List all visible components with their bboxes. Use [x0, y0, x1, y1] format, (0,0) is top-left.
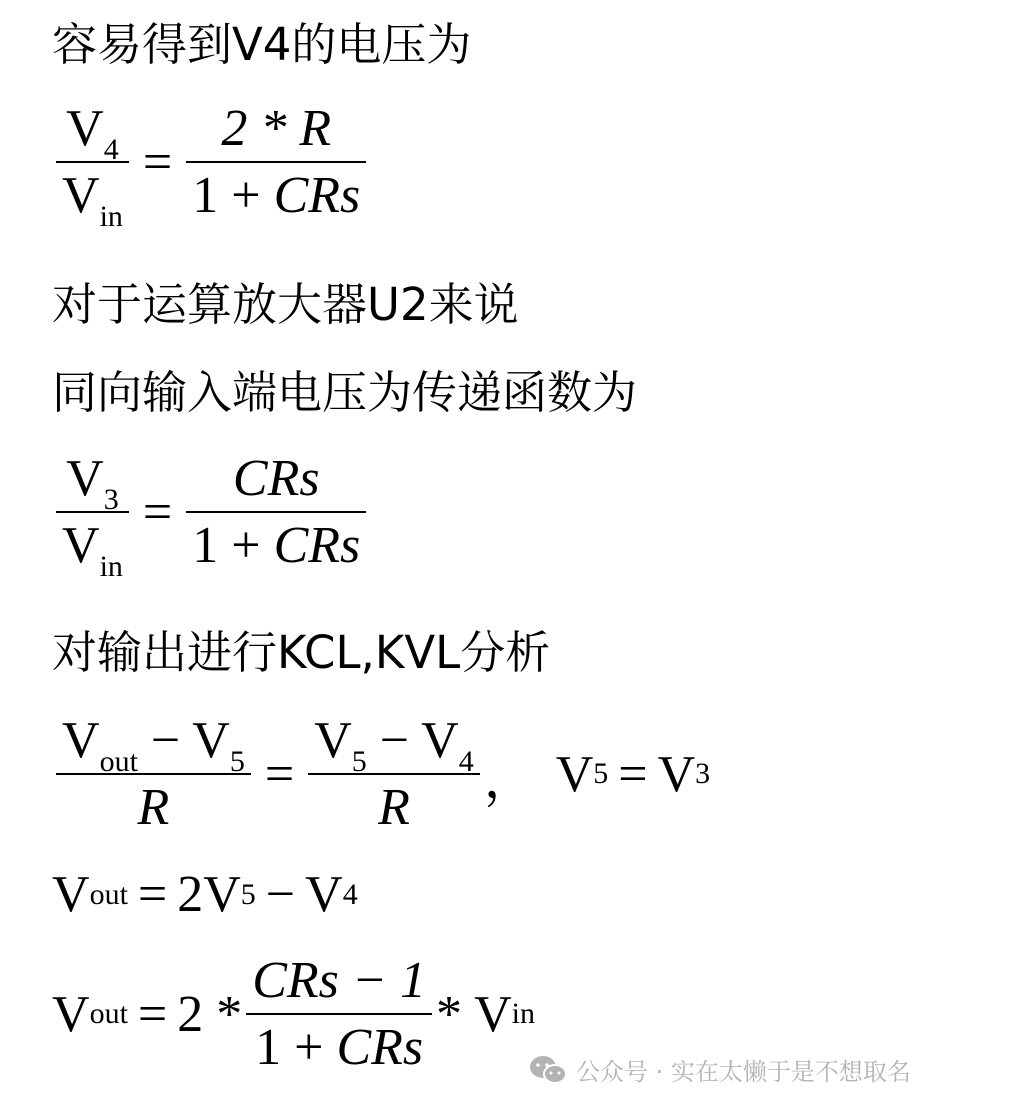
- equation-v3: V3 Vin = CRs 1 + CRs: [52, 450, 370, 574]
- equation-kcl: Vout − V5 R = V5 − V4 R ， V5 = V3: [52, 712, 710, 836]
- equation-vout-1: Vout = 2V5 − V4: [52, 865, 358, 924]
- text-line-4: 对输出进行KCL,KVL分析: [52, 630, 550, 675]
- text-line-2: 对于运算放大器U2来说: [52, 282, 519, 327]
- text-line-1: 容易得到V4的电压为: [52, 22, 471, 67]
- fraction-transfer: 2 * R 1 + CRs: [186, 100, 366, 224]
- wechat-icon: [528, 1055, 568, 1085]
- equation-vout-final: Vout = 2 * CRs − 1 1 + CRs * Vin: [52, 952, 535, 1076]
- watermark: 公众号 · 实在太懒于是不想取名: [528, 1052, 911, 1087]
- text-line-3: 同向输入端电压为传递函数为: [52, 370, 637, 415]
- fraction-v4-vin: V4 Vin: [56, 100, 129, 224]
- equation-v4: V4 Vin = 2 * R 1 + CRs: [52, 100, 370, 224]
